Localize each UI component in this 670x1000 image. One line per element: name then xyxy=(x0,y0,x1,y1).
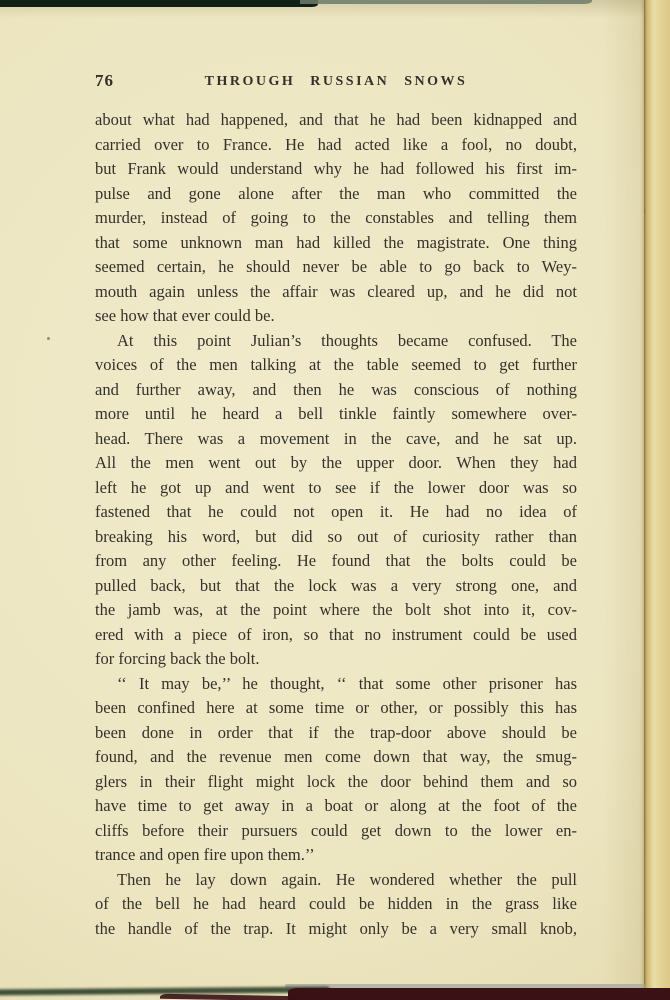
text-line: that some unknown man had killed the mag… xyxy=(95,231,577,256)
page-number: 76 xyxy=(95,71,114,91)
text-line: mouth again unless the affair was cleare… xyxy=(95,280,577,305)
text-line: found, and the revenue men come down tha… xyxy=(95,745,577,770)
text-line: see how that ever could be. xyxy=(95,304,577,329)
book-cover-top-edge-light xyxy=(300,0,592,4)
text-line: seemed certain, he should never be able … xyxy=(95,255,577,280)
text-line: about what had happened, and that he had… xyxy=(95,108,577,133)
text-line: head. There was a movement in the cave, … xyxy=(95,427,577,452)
text-line: breaking his word, but did so out of cur… xyxy=(95,525,577,550)
book-page-scan: 76 THROUGH RUSSIAN SNOWS about what had … xyxy=(0,0,670,1000)
text-line: and further away, and then he was consci… xyxy=(95,378,577,403)
text-line: fastened that he could not open it. He h… xyxy=(95,500,577,525)
text-line: the handle of the trap. It might only be… xyxy=(95,917,577,942)
text-line: cliffs before their pursuers could get d… xyxy=(95,819,577,844)
text-line: pulse and gone alone after the man who c… xyxy=(95,182,577,207)
text-line: but Frank would understand why he had fo… xyxy=(95,157,577,182)
text-line: glers in their flight might lock the doo… xyxy=(95,770,577,795)
text-line: carried over to France. He had acted lik… xyxy=(95,133,577,158)
text-line: for forcing back the bolt. xyxy=(95,647,577,672)
page-header: 76 THROUGH RUSSIAN SNOWS xyxy=(95,71,577,93)
text-line: been done in order that if the trap-door… xyxy=(95,721,577,746)
text-line: ‘‘ It may be,’’ he thought, ‘‘ that some… xyxy=(95,672,577,697)
text-line: voices of the men talking at the table s… xyxy=(95,353,577,378)
text-line: left he got up and went to see if the lo… xyxy=(95,476,577,501)
text-line: At this point Julian’s thoughts became c… xyxy=(95,329,577,354)
page-edge-right xyxy=(645,0,670,1000)
page-edge-line xyxy=(644,0,645,1000)
book-cover-top-edge xyxy=(0,0,318,7)
text-line: ered with a piece of iron, so that no in… xyxy=(95,623,577,648)
text-line: the jamb was, at the point where the bol… xyxy=(95,598,577,623)
running-head: THROUGH RUSSIAN SNOWS xyxy=(95,71,577,90)
text-line: pulled back, but that the lock was a ver… xyxy=(95,574,577,599)
text-line: have time to get away in a boat or along… xyxy=(95,794,577,819)
book-cover-bottom-maroon-edge-left xyxy=(160,994,300,1000)
text-line: of the bell he had heard could be hidden… xyxy=(95,892,577,917)
text-line: been confined here at some time or other… xyxy=(95,696,577,721)
text-line: more until he heard a bell tinkle faintl… xyxy=(95,402,577,427)
book-cover-bottom-maroon-edge xyxy=(288,988,670,1000)
text-line: trance and open fire upon them.’’ xyxy=(95,843,577,868)
paper-speck xyxy=(47,337,50,340)
text-body: about what had happened, and that he had… xyxy=(95,108,577,941)
text-line: Then he lay down again. He wondered whet… xyxy=(95,868,577,893)
text-line: from any other feeling. He found that th… xyxy=(95,549,577,574)
text-line: murder, instead of going to the constabl… xyxy=(95,206,577,231)
text-line: All the men went out by the upper door. … xyxy=(95,451,577,476)
